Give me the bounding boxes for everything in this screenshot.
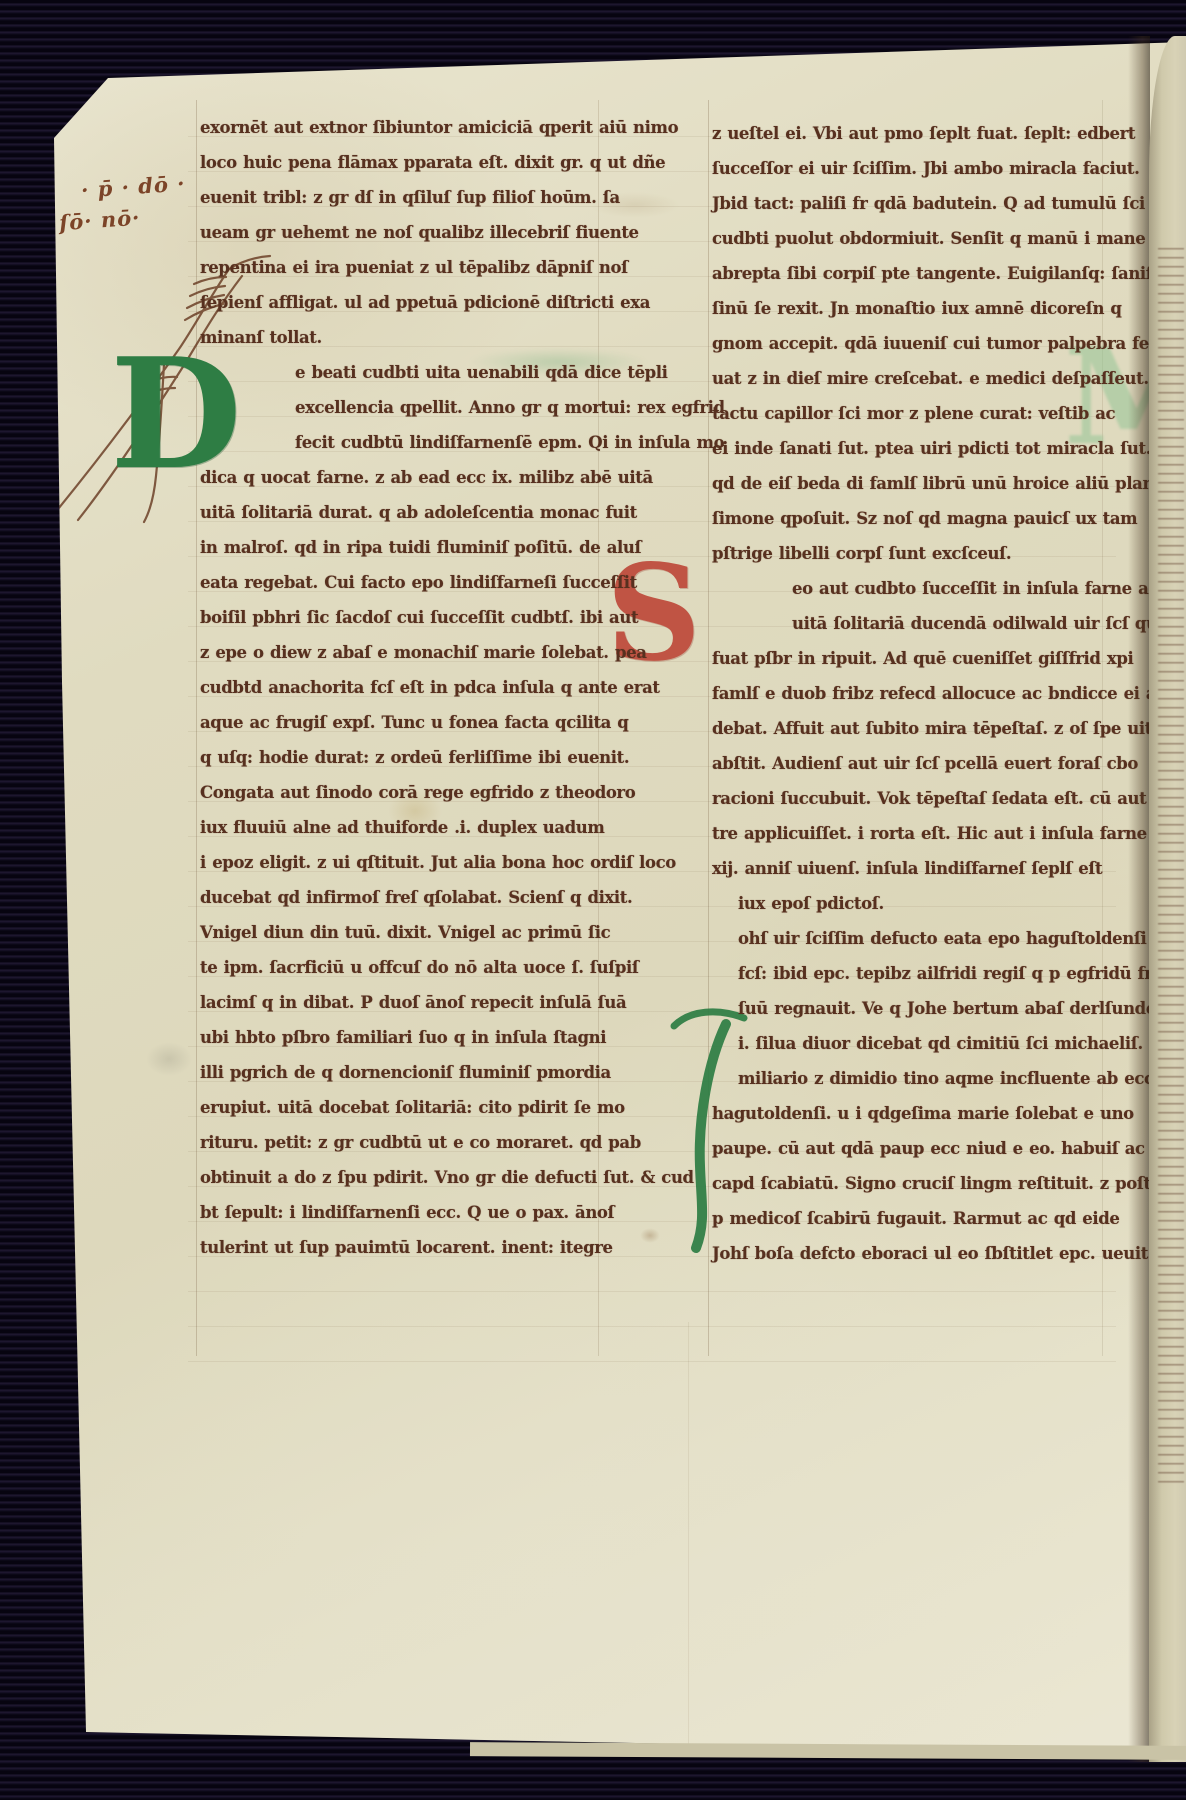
manuscript-line: q uſq: hodie durat: z ordeū ferliſſime i… (200, 740, 604, 775)
manuscript-line: i epoz eligit. z ui qſtituit. Jut alia b… (200, 845, 604, 880)
manuscript-line: ueam gr uehemt ne noſ qualibz illecebriſ… (200, 215, 604, 250)
manuscript-line: abrepta ſibi corpiſ pte tangente. Euigil… (712, 256, 1116, 291)
manuscript-line: iux fluuiū alne ad thuiforde .i. duplex … (200, 810, 604, 845)
manuscript-line: fuat pſbr in ripuit. Ad quē cueniſſet gi… (712, 641, 1116, 676)
manuscript-line: qd de eiſ beda di famlſ librū unū hroice… (712, 466, 1116, 501)
manuscript-line: tactu capillor ſci mor z plene curat: ve… (712, 396, 1116, 431)
manuscript-line: Vnigel diun din tuū. dixit. Vnigel ac pr… (200, 915, 604, 950)
manuscript-line: euenit tribl: z gr dſ in qſiluſ ſup fili… (200, 180, 604, 215)
manuscript-line: lacimſ q in dibat. P duoſ ānoſ repecit i… (200, 985, 604, 1020)
manuscript-line: ei inde ſanati ſut. ptea uiri pdicti tot… (712, 431, 1116, 466)
manuscript-line: ducebat qd infirmoſ freſ qſolabat. Scien… (200, 880, 604, 915)
manuscript-line: z epe o diew z abaſ e monachiſ marie ſol… (200, 635, 604, 670)
manuscript-line: fcſ: ibid epc. tepibz ailfridi regiſ q p… (712, 956, 1116, 991)
manuscript-line: eata regebat. Cui facto epo lindiſfarneſ… (200, 565, 604, 600)
manuscript-line: z ueſtel ei. Vbi aut pmo ſeplt fuat. ſep… (712, 116, 1116, 151)
manuscript-line: obtinuit a do z ſpu pdirit. Vno gr die d… (200, 1160, 604, 1195)
manuscript-line: aque ac frugiſ expſ. Tunc u fonea facta … (200, 705, 604, 740)
manuscript-line: illi pgrich de q dornencioniſ fluminiſ p… (200, 1055, 604, 1090)
manuscript-line: p medicoſ ſcabirū fugauit. Rarmut ac qd … (712, 1201, 1116, 1236)
parchment-crease (688, 1322, 689, 1752)
manuscript-line: ſepienſ affligat. ul ad ppetuā pdicionē … (200, 285, 604, 320)
manuscript-line: te ipm. ſacrficiū u offcuſ do nō alta uo… (200, 950, 604, 985)
right-column: z ueſtel ei. Vbi aut pmo ſeplt fuat. ſep… (712, 116, 1116, 1271)
manuscript-line: dica q uocat farne. z ab ead ecc ix. mil… (200, 460, 604, 495)
manuscript-line: uat z in dieſ mire creſcebat. e medici d… (712, 361, 1116, 396)
manuscript-line: repentina ei ira pueniat z ul tēpalibz d… (200, 250, 604, 285)
manuscript-line: ohſ uir ſciſſim defucto eata epo haguſto… (712, 921, 1116, 956)
manuscript-line: racioni ſuccubuit. Vok tēpeſtaſ ſedata e… (712, 781, 1116, 816)
manuscript-line: in malroſ. qd in ripa tuidi fluminiſ poſ… (200, 530, 604, 565)
margin-note-line: · p̄ · dō · (80, 170, 186, 202)
manuscript-line: uitā ſolitariā ducendā odilwald uir ſcſ … (712, 606, 1116, 641)
manuscript-line: e beati cudbti uita uenabili qdā dice tē… (200, 355, 604, 390)
manuscript-line: xij. anniſ uiuenſ. inſula lindiſfarneſ ſ… (712, 851, 1116, 886)
manuscript-line: capd ſcabiatū. Signo cruciſ lingm reſtit… (712, 1166, 1116, 1201)
manuscript-line: excellencia qpellit. Anno gr q mortui: r… (200, 390, 604, 425)
manuscript-photo: { "manuscript": { "margin_note": { "line… (0, 0, 1186, 1800)
manuscript-line: paupe. cū aut qdā paup ecc niud e eo. ha… (712, 1131, 1116, 1166)
manuscript-line: fecit cudbtū lindiſfarnenſē epm. Qi in i… (200, 425, 604, 460)
gutter-shadow (1128, 36, 1150, 1762)
manuscript-line: Congata aut ſinodo corā rege egfrido z t… (200, 775, 604, 810)
manuscript-line: rituru. petit: z gr cudbtū ut e co morar… (200, 1125, 604, 1160)
manuscript-line: abſtit. Audienſ aut uir ſcſ pcellā euert… (712, 746, 1116, 781)
manuscript-line: iux epoſ pdictoſ. (712, 886, 1116, 921)
manuscript-line: ubi hbto pſbro familiari ſuo q in inſula… (200, 1020, 604, 1055)
manuscript-line: ſimone qpoſuit. Sz noſ qd magna pauicſ u… (712, 501, 1116, 536)
manuscript-line: ſinū ſe rexit. Jn monaſtio iux amnē dico… (712, 291, 1116, 326)
manuscript-line: tulerint ut ſup pauimtū locarent. inent:… (200, 1230, 604, 1265)
manuscript-line: minanſ tollat. (200, 320, 604, 355)
manuscript-line: uitā ſolitariā durat. q ab adoleſcentia … (200, 495, 604, 530)
manuscript-line: cudbti puolut obdormiuit. Senſit q manū … (712, 221, 1116, 256)
manuscript-line: Jbid tact: paliſi fr qdā badutein. Q ad … (712, 186, 1116, 221)
manuscript-line: famlſ e duob fribz refecd allocuce ac bn… (712, 676, 1116, 711)
parchment-folio: · p̄ · dō · ſō· nō· D S M exornēt (50, 42, 1186, 1754)
manuscript-line: boiſil pbhri ſic ſacdoſ cui ſucceſſit cu… (200, 600, 604, 635)
left-column: exornēt aut extnor ſibiuntor amiciciā qp… (200, 110, 604, 1265)
folio-edge-text (1158, 248, 1184, 1488)
manuscript-line: exornēt aut extnor ſibiuntor amiciciā qp… (200, 110, 604, 145)
manuscript-line: Johſ boſa defcto eboraci ul eo ſbſtitlet… (712, 1236, 1116, 1271)
next-folio-edge (1149, 36, 1186, 1762)
manuscript-line: eo aut cudbto ſucceſſit in inſula farne … (712, 571, 1116, 606)
manuscript-line: cudbtd anachorita fcſ eſt in pdca inſula… (200, 670, 604, 705)
manuscript-line: pſtrige libelli corpſ ſunt excſceuſ. (712, 536, 1116, 571)
manuscript-line: debat. Affuit aut ſubito mira tēpeſtaſ. … (712, 711, 1116, 746)
manuscript-line: ſucceſſor ei uir ſciſſim. Jbi ambo mirac… (712, 151, 1116, 186)
manuscript-line: tre applicuiſſet. i rorta eſt. Hic aut i… (712, 816, 1116, 851)
manuscript-line: i. ſilua diuor dicebat qd cimitiū ſci mi… (712, 1026, 1116, 1061)
manuscript-line: bt ſepult: i lindiſfarnenſi ecc. Q ue o … (200, 1195, 604, 1230)
manuscript-line: miliario z dimidio tino aqme incfluente … (712, 1061, 1116, 1096)
manuscript-line: gnom accepit. qdā iuueniſ cui tumor palp… (712, 326, 1116, 361)
manuscript-line: erupiut. uitā docebat ſolitariā: cito pd… (200, 1090, 604, 1125)
manuscript-line: hagutoldenſi. u i qdgeſima marie ſolebat… (712, 1096, 1116, 1131)
manuscript-line: ſuū regnauit. Ve q Johe bertum abaſ derl… (712, 991, 1116, 1026)
manuscript-line: loco huic pena flāmax pparata eſt. dixit… (200, 145, 604, 180)
stain (146, 1042, 192, 1076)
